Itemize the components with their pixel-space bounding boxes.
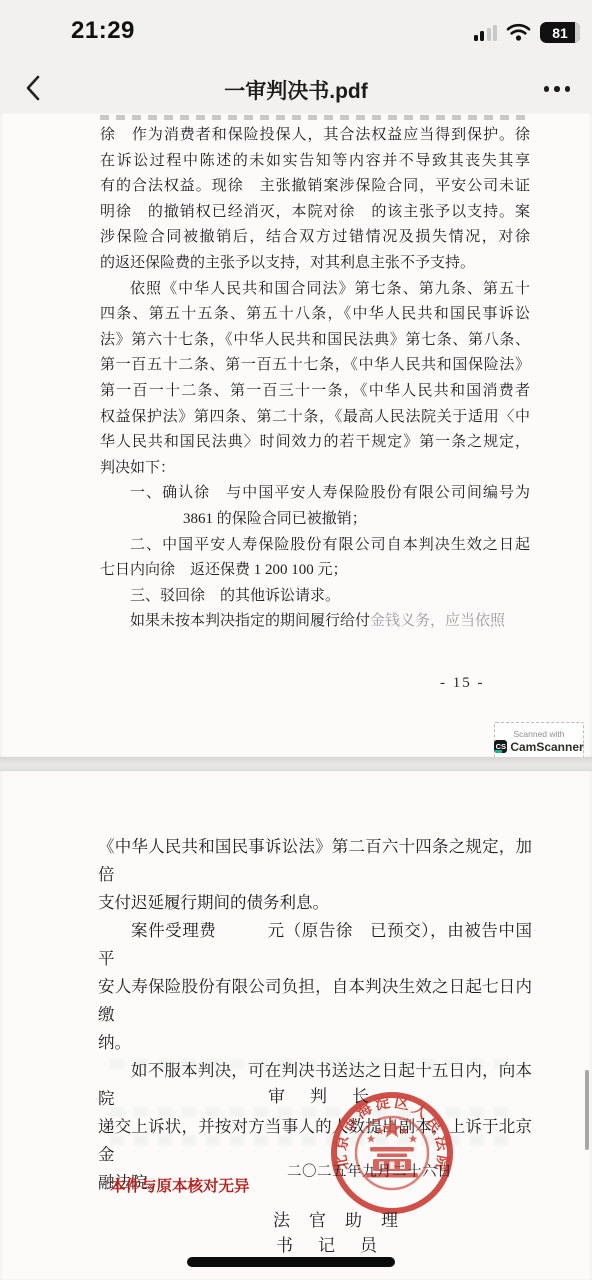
wifi-icon — [506, 23, 531, 42]
judgment-date: 二〇二五年九月二十六日 — [287, 1160, 452, 1181]
status-bar: 21:29 81 — [0, 0, 592, 60]
judgment-body-text: 徐 作为消费者和保险投保人，其合法权益应当得到保护。徐在诉讼过程中陈述的未如实告… — [100, 123, 530, 635]
camscanner-logo-icon: CS — [494, 740, 507, 753]
copy-verification-stamp-text: 本件与原本核对无异 — [110, 1174, 250, 1196]
scrollbar-thumb[interactable] — [585, 1070, 589, 1150]
presiding-judge-label: 审 判 长 — [268, 1082, 373, 1107]
camscanner-watermark: Scanned with CS CamScanner — [494, 722, 584, 760]
more-options-button[interactable] — [544, 77, 571, 101]
court-seal: 北京市海淀区人民法院 — [330, 1091, 454, 1215]
redaction-bar — [187, 1257, 395, 1267]
header: 一审判决书.pdf — [0, 60, 592, 115]
battery-percent: 81 — [552, 25, 568, 41]
battery-icon: 81 — [540, 22, 580, 43]
judge-assistant-label: 法 官 助 理 — [273, 1206, 399, 1231]
page-separator — [0, 757, 592, 771]
pdf-page-15: 徐 作为消费者和保险投保人，其合法权益应当得到保护。徐在诉讼过程中陈述的未如实告… — [0, 113, 592, 757]
cellular-signal-icon — [474, 24, 498, 41]
page-number: - 15 - — [440, 675, 485, 692]
pdf-page-16: 《中华人民共和国民事诉讼法》第二百六十四条之规定，加倍支付迟延履行期间的债务利息… — [0, 771, 592, 1280]
ink-bleed-smudge — [110, 1059, 510, 1069]
clipped-text-sliver — [100, 115, 530, 120]
clock: 21:29 — [71, 17, 135, 45]
court-clerk-label: 书 记 员 — [276, 1231, 381, 1256]
document-title: 一审判决书.pdf — [0, 75, 592, 105]
